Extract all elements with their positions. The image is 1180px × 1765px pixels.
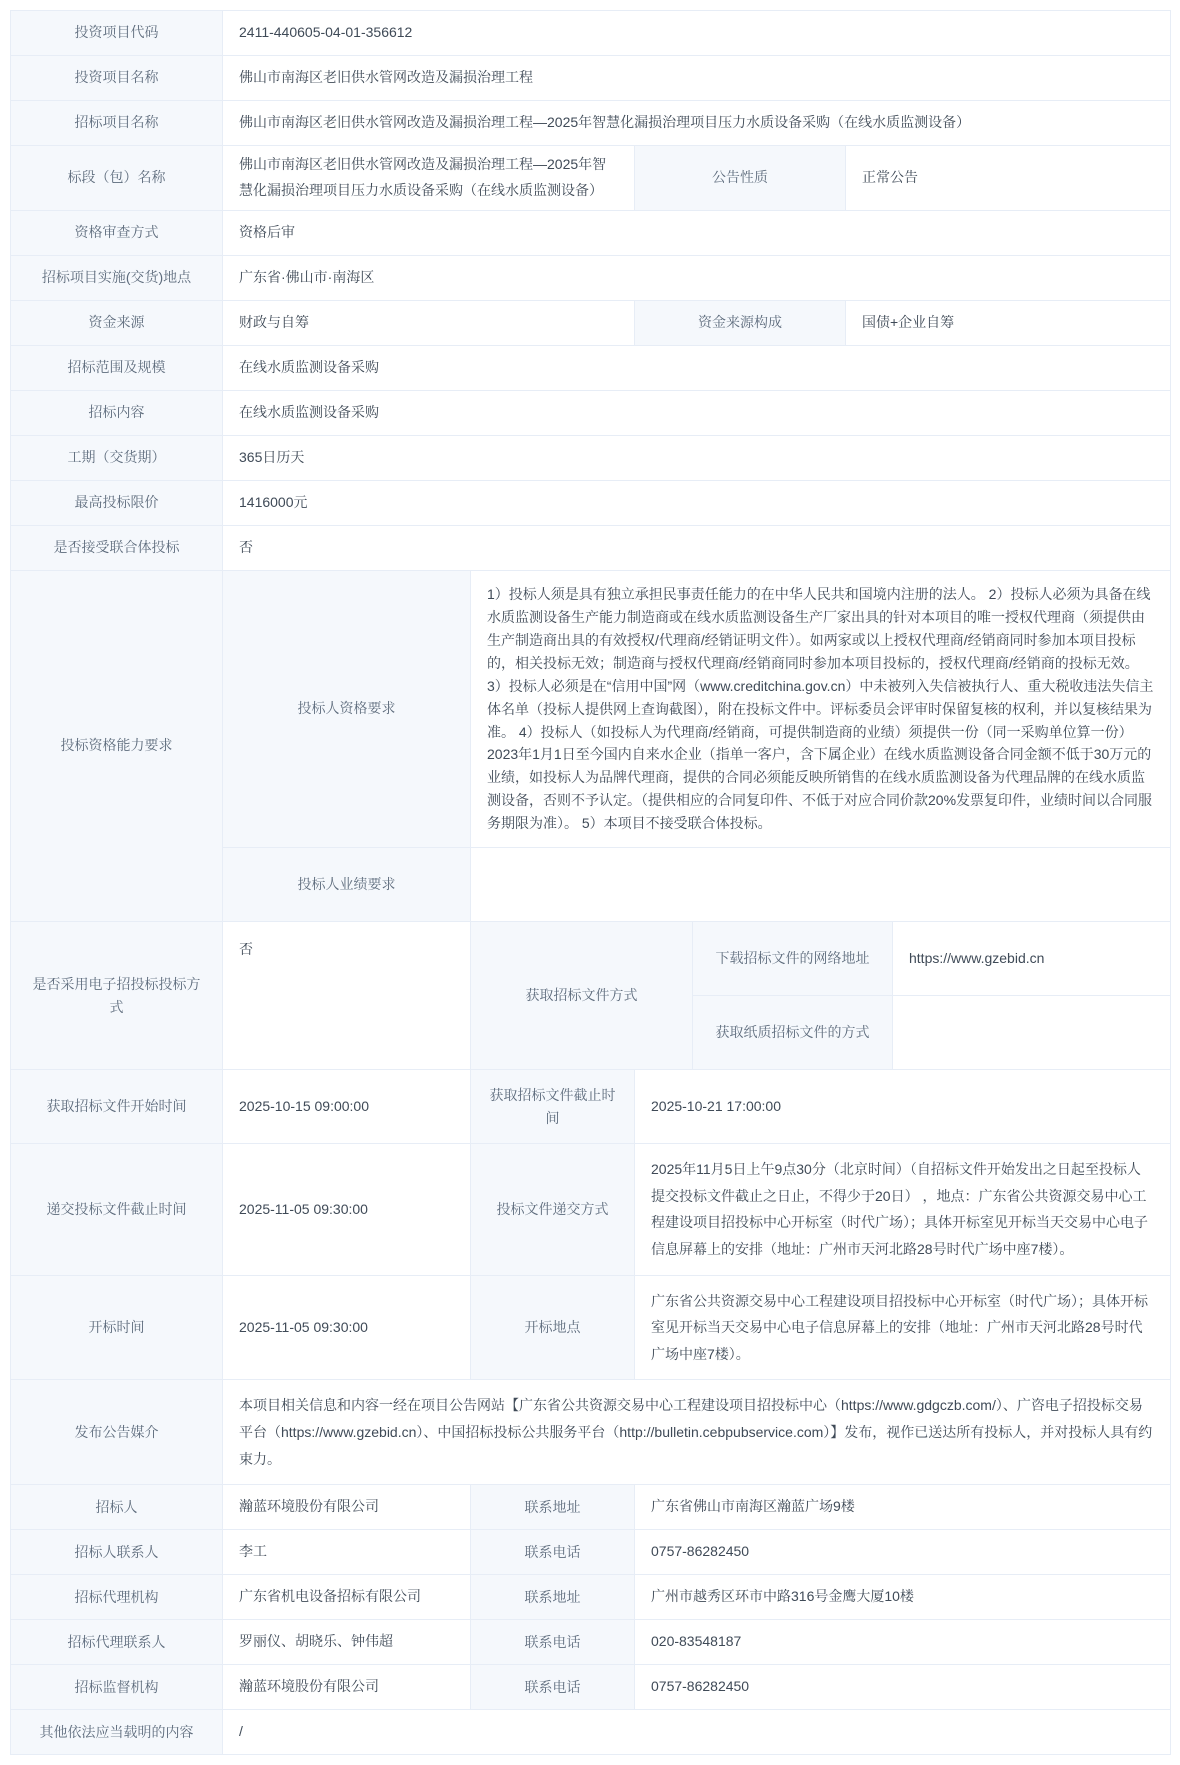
submission-method-value: 2025年11月5日上午9点30分（北京时间）（自招标文件开始发出之日起至投标人… [635,1144,1171,1275]
agency-address-value: 广州市越秀区环市中路316号金鹰大厦10楼 [635,1575,1171,1620]
row-tender-project-name: 招标项目名称 佛山市南海区老旧供水管网改造及漏损治理工程—2025年智慧化漏损治… [11,101,1171,146]
other-content-value: / [223,1710,1171,1755]
row-doc-obtain-time: 获取招标文件开始时间 2025-10-15 09:00:00 获取招标文件截止时… [11,1070,1171,1144]
doc-obtain-start-value: 2025-10-15 09:00:00 [223,1070,471,1144]
paper-doc-subrow: 获取纸质招标文件的方式 [693,996,1171,1070]
row-delivery-location: 招标项目实施(交货)地点 广东省·佛山市·南海区 [11,256,1171,301]
bid-opening-time-value: 2025-11-05 09:30:00 [223,1276,471,1381]
price-limit-value: 1416000元 [223,481,1171,526]
agency-contact-label: 招标代理联系人 [11,1620,223,1665]
duration-value: 365日历天 [223,436,1171,481]
supervisor-phone-label: 联系电话 [471,1665,635,1710]
row-submission-deadline: 递交投标文件截止时间 2025-11-05 09:30:00 投标文件递交方式 … [11,1144,1171,1275]
row-agency-contact: 招标代理联系人 罗丽仪、胡晓乐、钟伟超 联系电话 020-83548187 [11,1620,1171,1665]
tenderee-address-label: 联系地址 [471,1485,635,1530]
doc-obtain-deadline-value: 2025-10-21 17:00:00 [635,1070,1171,1144]
row-bid-opening: 开标时间 2025-11-05 09:30:00 开标地点 广东省公共资源交易中… [11,1276,1171,1381]
bid-opening-place-label: 开标地点 [471,1276,635,1381]
agency-phone-label: 联系电话 [471,1620,635,1665]
submission-method-label: 投标文件递交方式 [471,1144,635,1275]
bidder-performance-label: 投标人业绩要求 [223,848,471,922]
agency-value: 广东省机电设备招标有限公司 [223,1575,471,1620]
e-bidding-value: 否 [223,922,471,1070]
row-consortium: 是否接受联合体投标 否 [11,526,1171,571]
section-name-label: 标段（包）名称 [11,146,223,211]
submission-deadline-label: 递交投标文件截止时间 [11,1144,223,1275]
supervisor-label: 招标监督机构 [11,1665,223,1710]
doc-obtain-deadline-label: 获取招标文件截止时间 [471,1070,635,1144]
consortium-value: 否 [223,526,1171,571]
funding-source-value: 财政与自筹 [223,301,635,346]
tenderee-label: 招标人 [11,1485,223,1530]
notice-type-label: 公告性质 [635,146,846,211]
announcement-media-label: 发布公告媒介 [11,1380,223,1485]
row-other-content: 其他依法应当载明的内容 / [11,1710,1171,1755]
bidder-performance-subrow: 投标人业绩要求 [223,848,1171,922]
tenderee-phone-value: 0757-86282450 [635,1530,1171,1575]
bidder-qualification-value: 1）投标人须是具有独立承担民事责任能力的在中华人民共和国境内注册的法人。 2）投… [471,571,1171,848]
row-tenderee-contact: 招标人联系人 李工 联系电话 0757-86282450 [11,1530,1171,1575]
notice-type-value: 正常公告 [846,146,1171,211]
row-announcement-media: 发布公告媒介 本项目相关信息和内容一经在项目公告网站【广东省公共资源交易中心工程… [11,1380,1171,1485]
tenderee-value: 瀚蓝环境股份有限公司 [223,1485,471,1530]
funding-composition-label: 资金来源构成 [635,301,846,346]
doc-download-url-value: https://www.gzebid.cn [893,922,1171,996]
doc-obtain-method-label: 获取招标文件方式 [471,922,693,1070]
agency-contact-value: 罗丽仪、胡晓乐、钟伟超 [223,1620,471,1665]
tender-scope-value: 在线水质监测设备采购 [223,346,1171,391]
project-code-label: 投资项目代码 [11,11,223,56]
section-name-value: 佛山市南海区老旧供水管网改造及漏损治理工程—2025年智慧化漏损治理项目压力水质… [223,146,635,211]
funding-source-label: 资金来源 [11,301,223,346]
row-section-name: 标段（包）名称 佛山市南海区老旧供水管网改造及漏损治理工程—2025年智慧化漏损… [11,146,1171,211]
qualification-method-value: 资格后审 [223,211,1171,256]
project-code-value: 2411-440605-04-01-356612 [223,11,1171,56]
tenderee-phone-label: 联系电话 [471,1530,635,1575]
price-limit-label: 最高投标限价 [11,481,223,526]
project-name-value: 佛山市南海区老旧供水管网改造及漏损治理工程 [223,56,1171,101]
row-supervisor: 招标监督机构 瀚蓝环境股份有限公司 联系电话 0757-86282450 [11,1665,1171,1710]
row-agency: 招标代理机构 广东省机电设备招标有限公司 联系地址 广州市越秀区环市中路316号… [11,1575,1171,1620]
row-e-bidding: 是否采用电子招投标投标方式 否 获取招标文件方式 下载招标文件的网络地址 htt… [11,922,1171,1070]
row-tender-scope: 招标范围及规模 在线水质监测设备采购 [11,346,1171,391]
doc-download-url-label: 下载招标文件的网络地址 [693,922,893,996]
tender-content-value: 在线水质监测设备采购 [223,391,1171,436]
supervisor-phone-value: 0757-86282450 [635,1665,1171,1710]
row-duration: 工期（交货期） 365日历天 [11,436,1171,481]
tenderee-contact-value: 李工 [223,1530,471,1575]
row-qualification-method: 资格审查方式 资格后审 [11,211,1171,256]
bid-opening-time-label: 开标时间 [11,1276,223,1381]
tender-project-name-label: 招标项目名称 [11,101,223,146]
delivery-location-label: 招标项目实施(交货)地点 [11,256,223,301]
tender-announcement-table: 投资项目代码 2411-440605-04-01-356612 投资项目名称 佛… [10,10,1171,1755]
delivery-location-value: 广东省·佛山市·南海区 [223,256,1171,301]
row-tenderee: 招标人 瀚蓝环境股份有限公司 联系地址 广东省佛山市南海区瀚蓝广场9楼 [11,1485,1171,1530]
bid-opening-place-value: 广东省公共资源交易中心工程建设项目招投标中心开标室（时代广场）；具体开标室见开标… [635,1276,1171,1381]
submission-deadline-value: 2025-11-05 09:30:00 [223,1144,471,1275]
tenderee-address-value: 广东省佛山市南海区瀚蓝广场9楼 [635,1485,1171,1530]
tenderee-contact-label: 招标人联系人 [11,1530,223,1575]
funding-composition-value: 国债+企业自筹 [846,301,1171,346]
qualification-requirements-label: 投标资格能力要求 [11,571,223,922]
consortium-label: 是否接受联合体投标 [11,526,223,571]
bidder-performance-value [471,848,1171,922]
project-name-label: 投资项目名称 [11,56,223,101]
paper-doc-method-label: 获取纸质招标文件的方式 [693,996,893,1070]
bidder-qualification-subrow: 投标人资格要求 1）投标人须是具有独立承担民事责任能力的在中华人民共和国境内注册… [223,571,1171,848]
announcement-media-value: 本项目相关信息和内容一经在项目公告网站【广东省公共资源交易中心工程建设项目招投标… [223,1380,1171,1485]
doc-obtain-start-label: 获取招标文件开始时间 [11,1070,223,1144]
other-content-label: 其他依法应当载明的内容 [11,1710,223,1755]
duration-label: 工期（交货期） [11,436,223,481]
e-bidding-label: 是否采用电子招投标投标方式 [11,922,223,1070]
supervisor-value: 瀚蓝环境股份有限公司 [223,1665,471,1710]
tender-project-name-value: 佛山市南海区老旧供水管网改造及漏损治理工程—2025年智慧化漏损治理项目压力水质… [223,101,1171,146]
agency-address-label: 联系地址 [471,1575,635,1620]
agency-phone-value: 020-83548187 [635,1620,1171,1665]
tender-scope-label: 招标范围及规模 [11,346,223,391]
tender-content-label: 招标内容 [11,391,223,436]
bidder-qualification-label: 投标人资格要求 [223,571,471,848]
row-project-code: 投资项目代码 2411-440605-04-01-356612 [11,11,1171,56]
row-project-name: 投资项目名称 佛山市南海区老旧供水管网改造及漏损治理工程 [11,56,1171,101]
row-funding-source: 资金来源 财政与自筹 资金来源构成 国债+企业自筹 [11,301,1171,346]
paper-doc-method-value [893,996,1171,1070]
row-tender-content: 招标内容 在线水质监测设备采购 [11,391,1171,436]
agency-label: 招标代理机构 [11,1575,223,1620]
doc-download-subrow: 下载招标文件的网络地址 https://www.gzebid.cn [693,922,1171,996]
qualification-method-label: 资格审查方式 [11,211,223,256]
row-price-limit: 最高投标限价 1416000元 [11,481,1171,526]
row-qualification-requirements: 投标资格能力要求 投标人资格要求 1）投标人须是具有独立承担民事责任能力的在中华… [11,571,1171,922]
